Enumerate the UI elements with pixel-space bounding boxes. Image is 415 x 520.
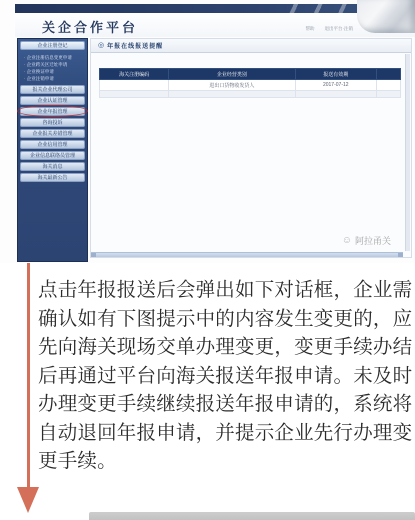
bullseye-icon: ◎	[98, 42, 104, 49]
caption-line: 自动退回年报申请，并提示企业先行办理变	[38, 419, 412, 448]
smiley-icon: ☺	[342, 235, 352, 246]
page: 关企合作平台 帮助 退出平台·注销 企业注册登记 企业注册信息变更申请 企业跨关…	[0, 0, 415, 520]
platform-screenshot: 关企合作平台 帮助 退出平台·注销 企业注册登记 企业注册信息变更申请 企业跨关…	[0, 0, 415, 263]
caption-paragraph: 点击年报报送后会弹出如下对话框，企业需 确认如有下图提示中的内容发生变更的，应 …	[38, 276, 412, 476]
vertical-scrollbar[interactable]	[405, 54, 410, 251]
col-customs-reg-code: 海关注册编码	[100, 69, 169, 80]
sidebar-menu: 企业注册登记 企业注册信息变更申请 企业跨关区迁址申请 企业换证申请 企业注销申…	[17, 38, 88, 262]
app-header: 关企合作平台 帮助 退出平台·注销	[15, 13, 415, 37]
guide-arrow-line	[27, 263, 30, 488]
sidebar-item-declaration-errors[interactable]: 企业报关差错管理	[20, 129, 85, 138]
caption-line: 确认如有下图提示中的内容发生变更的，应	[38, 305, 412, 334]
annual-report-wrap: 企业年报管理	[20, 107, 85, 116]
sidebar-item-customs-messages[interactable]: 海关消息	[20, 162, 85, 171]
horizontal-scrollbar[interactable]	[91, 252, 403, 257]
col-empty	[376, 69, 400, 80]
sidebar-item-broker-agency[interactable]: 报关企业代理公司	[20, 85, 85, 94]
main-panel: ◎ 年报在线报送提醒 海关注册编码 企业经营类别 报送有效期 进出口货物收发货人…	[90, 38, 412, 258]
logout-link[interactable]: 退出平台·注销	[325, 26, 354, 32]
sidebar-item-customs-announcements[interactable]: 海关最新公告	[20, 173, 85, 182]
hand-mouse-photo	[357, 0, 415, 33]
scroll-right-arrow[interactable]	[398, 253, 403, 257]
header-links: 帮助 退出平台·注销	[306, 26, 354, 32]
caption-line: 后再通过平台向海关报送年报申请。未及时	[38, 362, 412, 391]
top-navy-bar	[15, 4, 415, 13]
caption-line: 先向海关现场交单办理变更，变更手续办结	[38, 333, 412, 362]
cell-category: 进出口货物收发货人	[169, 80, 295, 91]
sidebar-item-credit-management[interactable]: 企业信用管理	[20, 140, 85, 149]
section-titlebar: ◎ 年报在线报送提醒	[91, 39, 411, 53]
table-row[interactable]: 进出口货物收发货人 2017-07-12	[100, 80, 401, 91]
submenu-item-deregistration[interactable]: 企业注销申请	[24, 75, 84, 82]
next-screenshot-edge	[89, 512, 415, 520]
section-title: 年报在线报送提醒	[107, 41, 163, 50]
sidebar-item-certification[interactable]: 企业认证管理	[20, 96, 85, 105]
help-link[interactable]: 帮助	[306, 26, 315, 32]
sidebar-item-enterprise-registration[interactable]: 企业注册登记	[20, 41, 85, 50]
col-business-category: 企业经营类别	[169, 69, 295, 80]
annual-report-table: 海关注册编码 企业经营类别 报送有效期 进出口货物收发货人 2017-07-12	[99, 68, 401, 98]
sidebar-item-consult-complaint[interactable]: 咨询投诉	[20, 118, 85, 127]
guide-arrow-head-icon	[17, 487, 39, 513]
cell-reg-code	[100, 80, 169, 91]
submenu-item-renew-cert[interactable]: 企业换证申请	[24, 68, 84, 75]
col-valid-date: 报送有效期	[295, 69, 376, 80]
sidebar-submenu: 企业注册信息变更申请 企业跨关区迁址申请 企业换证申请 企业注销申请	[20, 52, 85, 85]
scroll-left-arrow[interactable]	[91, 253, 96, 257]
submenu-item-info-change[interactable]: 企业注册信息变更申请	[24, 54, 84, 61]
caption-line: 办理变更手续继续报送年报申请的，系统将	[38, 390, 412, 419]
watermark: ☺ 阿拉甬关	[342, 234, 391, 247]
app-title: 关企合作平台	[42, 17, 138, 36]
watermark-text: 阿拉甬关	[355, 234, 391, 247]
cell-date: 2017-07-12	[295, 80, 376, 91]
caption-line: 点击年报报送后会弹出如下对话框，企业需	[38, 276, 412, 305]
sidebar-item-liaison-management[interactable]: 企业信息联络员管理	[20, 151, 85, 160]
table-row-empty	[100, 91, 401, 98]
submenu-item-relocation[interactable]: 企业跨关区迁址申请	[24, 61, 84, 68]
caption-line: 更手续。	[38, 447, 412, 476]
cell-empty	[376, 80, 400, 91]
sidebar-item-annual-report[interactable]: 企业年报管理	[20, 107, 85, 116]
table-header-row: 海关注册编码 企业经营类别 报送有效期	[100, 69, 401, 80]
